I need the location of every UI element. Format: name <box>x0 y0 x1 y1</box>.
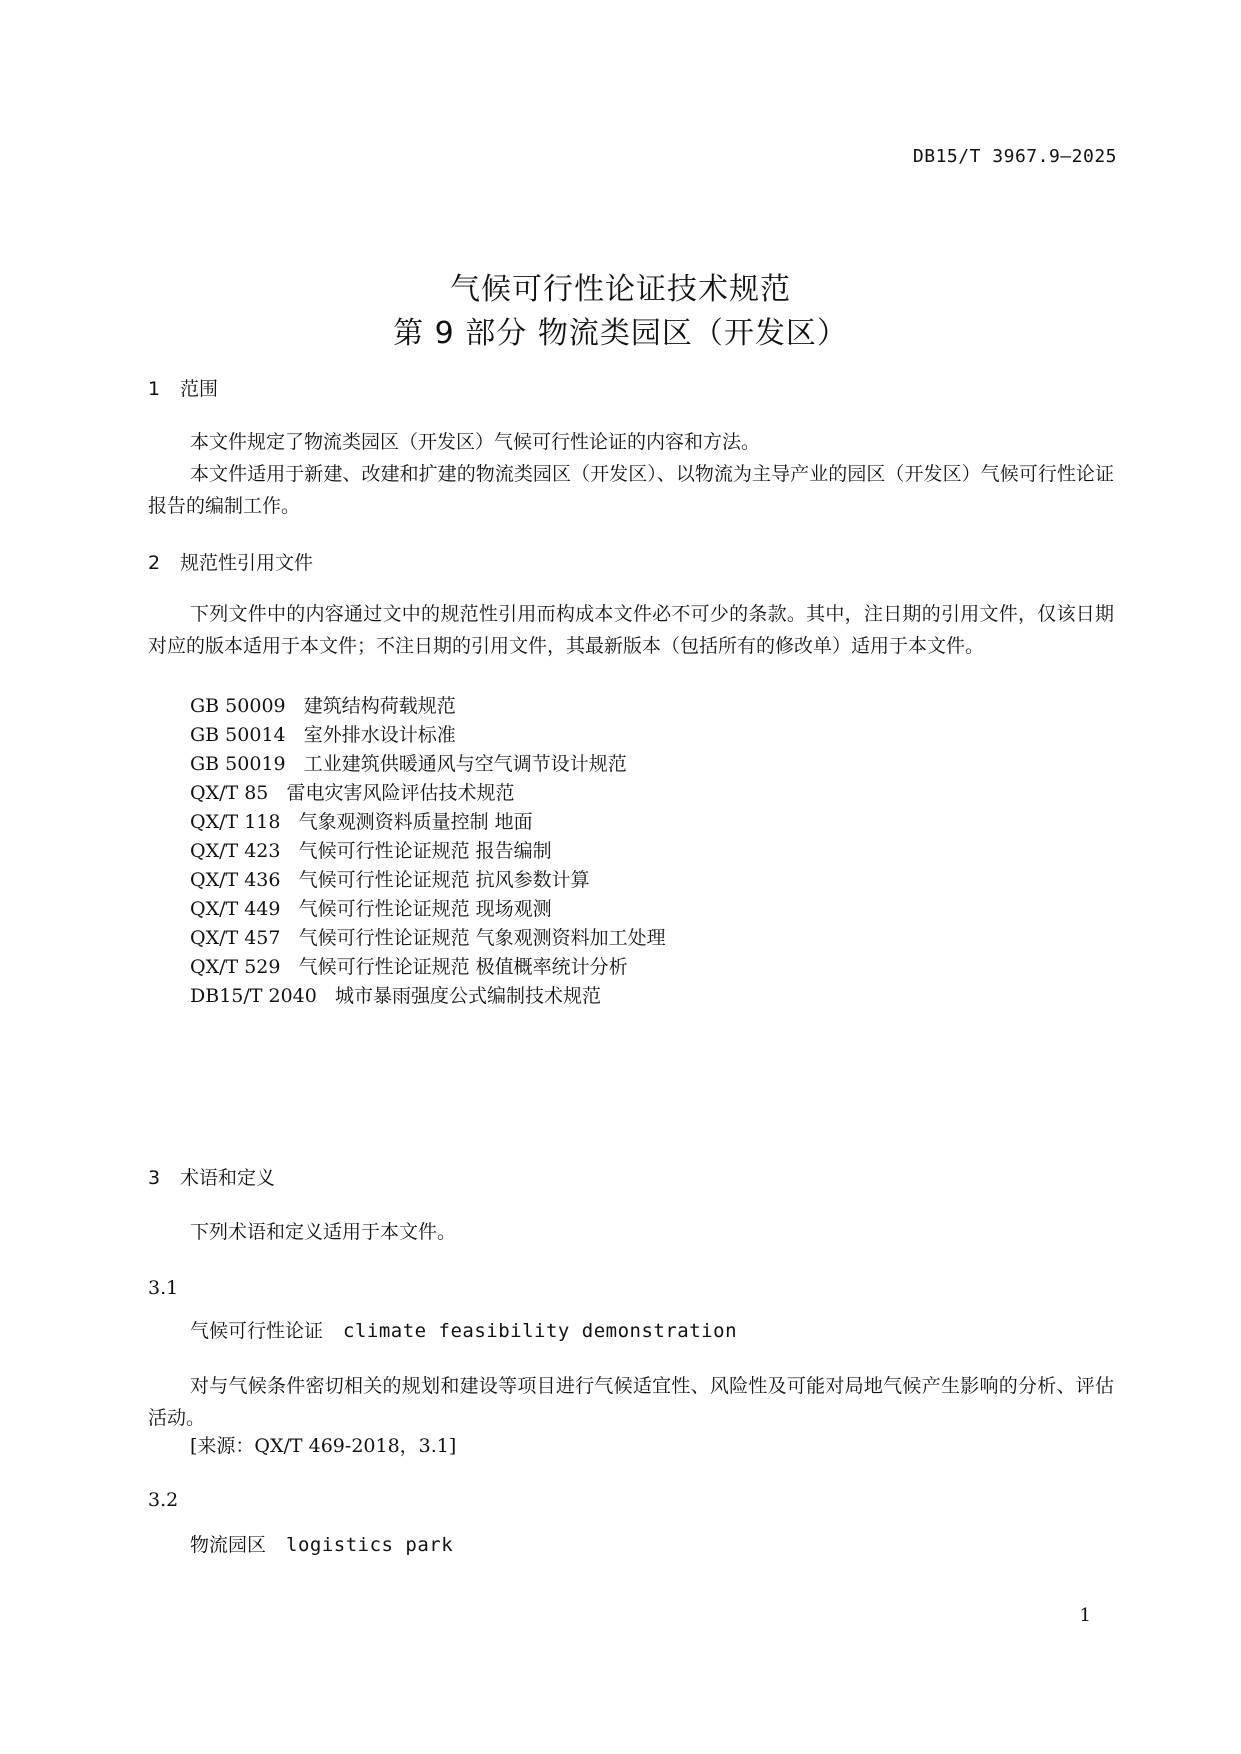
reference-item: GB 50014 室外排水设计标准 <box>190 719 456 751</box>
section-title: 规范性引用文件 <box>180 552 313 574</box>
reference-item: DB15/T 2040 城市暴雨强度公式编制技术规范 <box>190 980 601 1012</box>
reference-item: GB 50019 工业建筑供暖通风与空气调节设计规范 <box>190 748 627 780</box>
term-definition: 对与气候条件密切相关的规划和建设等项目进行气候适宜性、风险性及可能对局地气候产生… <box>148 1370 1114 1434</box>
reference-item: QX/T 436 气候可行性论证规范 抗风参数计算 <box>190 864 590 896</box>
section-heading-terms-definitions: 3术语和定义 <box>148 1163 275 1190</box>
section-number: 2 <box>148 552 180 574</box>
document-subtitle: 第 9 部分 物流类园区（开发区） <box>0 308 1241 352</box>
scope-paragraph-2: 本文件适用于新建、改建和扩建的物流类园区（开发区）、以物流为主导产业的园区（开发… <box>148 458 1114 522</box>
reference-code: GB 50009 <box>190 690 286 722</box>
section-number: 3 <box>148 1167 180 1189</box>
reference-title: 雷电灾害风险评估技术规范 <box>287 782 515 804</box>
reference-item: GB 50009 建筑结构荷载规范 <box>190 690 456 722</box>
reference-title: 室外排水设计标准 <box>304 724 456 746</box>
term-number: 3.2 <box>148 1484 178 1516</box>
reference-item: QX/T 118 气象观测资料质量控制 地面 <box>190 806 533 838</box>
term-chinese: 物流园区 <box>190 1534 266 1556</box>
reference-title: 气候可行性论证规范 现场观测 <box>299 898 552 920</box>
term-number: 3.1 <box>148 1272 178 1304</box>
reference-code: QX/T 118 <box>190 806 280 838</box>
section-heading-scope: 1范围 <box>148 374 218 401</box>
reference-title: 气象观测资料质量控制 地面 <box>299 811 533 833</box>
term-english: climate feasibility demonstration <box>343 1320 737 1342</box>
reference-code: GB 50019 <box>190 748 286 780</box>
reference-code: QX/T 529 <box>190 951 280 983</box>
document-code: DB15/T 3967.9—2025 <box>913 146 1117 167</box>
reference-title: 气候可行性论证规范 极值概率统计分析 <box>299 956 628 978</box>
page-number: 1 <box>1080 1605 1091 1626</box>
terms-intro-paragraph: 下列术语和定义适用于本文件。 <box>190 1216 456 1248</box>
section-title: 术语和定义 <box>180 1167 275 1189</box>
reference-item: QX/T 529 气候可行性论证规范 极值概率统计分析 <box>190 951 628 983</box>
term-english: logistics park <box>286 1534 453 1556</box>
term-entry: 气候可行性论证climate feasibility demonstration <box>190 1316 737 1343</box>
document-title: 气候可行性论证技术规范 <box>0 264 1241 308</box>
reference-code: QX/T 85 <box>190 777 268 809</box>
reference-code: QX/T 436 <box>190 864 280 896</box>
reference-title: 气候可行性论证规范 报告编制 <box>299 840 552 862</box>
reference-code: GB 50014 <box>190 719 286 751</box>
section-title: 范围 <box>180 378 218 400</box>
reference-item: QX/T 457 气候可行性论证规范 气象观测资料加工处理 <box>190 922 666 954</box>
term-chinese: 气候可行性论证 <box>190 1320 323 1342</box>
reference-item: QX/T 449 气候可行性论证规范 现场观测 <box>190 893 552 925</box>
reference-code: QX/T 449 <box>190 893 280 925</box>
reference-code: QX/T 423 <box>190 835 280 867</box>
term-entry: 物流园区logistics park <box>190 1530 453 1557</box>
section-number: 1 <box>148 378 180 400</box>
references-intro-paragraph: 下列文件中的内容通过文中的规范性引用而构成本文件必不可少的条款。其中，注日期的引… <box>148 598 1114 662</box>
term-source: [来源：QX/T 469-2018，3.1] <box>190 1430 456 1462</box>
reference-title: 气候可行性论证规范 气象观测资料加工处理 <box>299 927 666 949</box>
reference-code: QX/T 457 <box>190 922 280 954</box>
reference-item: QX/T 85 雷电灾害风险评估技术规范 <box>190 777 515 809</box>
reference-title: 气候可行性论证规范 抗风参数计算 <box>299 869 590 891</box>
scope-paragraph-1: 本文件规定了物流类园区（开发区）气候可行性论证的内容和方法。 <box>148 426 1114 458</box>
reference-code: DB15/T 2040 <box>190 980 317 1012</box>
reference-title: 工业建筑供暖通风与空气调节设计规范 <box>304 753 627 775</box>
reference-title: 城市暴雨强度公式编制技术规范 <box>335 985 601 1007</box>
reference-title: 建筑结构荷载规范 <box>304 695 456 717</box>
reference-item: QX/T 423 气候可行性论证规范 报告编制 <box>190 835 552 867</box>
section-heading-normative-references: 2规范性引用文件 <box>148 548 313 575</box>
